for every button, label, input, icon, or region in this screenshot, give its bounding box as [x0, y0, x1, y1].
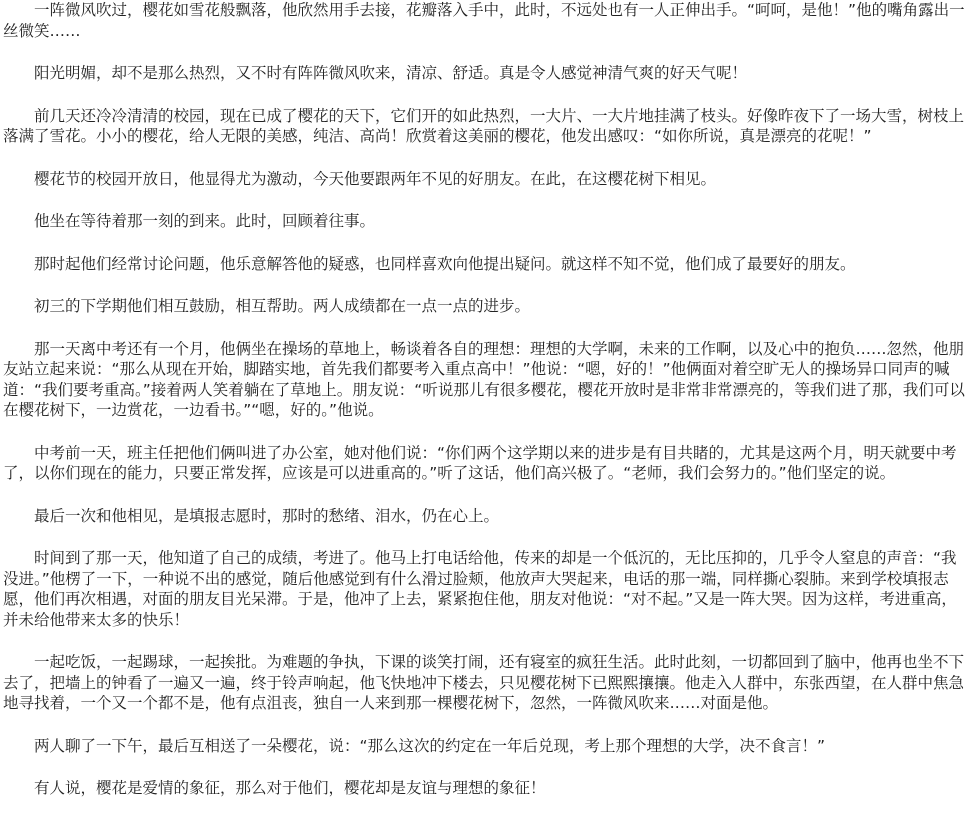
paragraph-spacer [3, 484, 965, 506]
paragraph-results: 时间到了那一天，他知道了自己的成绩，考进了。他马上打电话给他，传来的却是一个低沉… [3, 548, 965, 630]
paragraph-last-meeting: 最后一次和他相见，是填报志愿时，那时的愁绪、泪水，仍在心上。 [3, 506, 965, 527]
paragraph-campus: 前几天还冷冷清清的校园，现在已成了樱花的天下，它们开的如此热烈，一大片、一大片地… [3, 106, 965, 147]
paragraph-dreams: 那一天离中考还有一个月，他俩坐在操场的草地上，畅谈着各自的理想：理想的大学啊，未… [3, 339, 965, 421]
paragraph-spacer [3, 84, 965, 106]
paragraph-progress: 初三的下学期他们相互鼓励，相互帮助。两人成绩都在一点一点的进步。 [3, 296, 965, 317]
paragraph-memories: 一起吃饭，一起踢球，一起挨批。为难题的争执，下课的谈笑打闹，还有寝室的疯狂生活。… [3, 652, 965, 714]
paragraph-spacer [3, 317, 965, 339]
paragraph-waiting: 他坐在等待着那一刻的到来。此时，回顾着往事。 [3, 211, 965, 232]
paragraph-spacer [3, 147, 965, 169]
paragraph-spacer [3, 756, 965, 778]
paragraph-teacher: 中考前一天，班主任把他们俩叫进了办公室，她对他们说：“你们两个这学期以来的进步是… [3, 443, 965, 484]
paragraph-spacer [3, 421, 965, 443]
paragraph-closing: 有人说，樱花是爱情的象征，那么对于他们，樱花却是友谊与理想的象征！ [3, 778, 965, 799]
paragraph-spacer [3, 274, 965, 296]
paragraph-promise: 两人聊了一下午，最后互相送了一朵樱花，说：“那么这次的约定在一年后兑现，考上那个… [3, 736, 965, 757]
paragraph-spacer [3, 630, 965, 652]
paragraph-spacer [3, 41, 965, 63]
paragraph-weather: 阳光明媚，却不是那么热烈，又不时有阵阵微风吹来，清凉、舒适。真是令人感觉神清气爽… [3, 63, 965, 84]
paragraph-spacer [3, 714, 965, 736]
paragraph-friendship: 那时起他们经常讨论问题，他乐意解答他的疑惑，也同样喜欢向他提出疑问。就这样不知不… [3, 254, 965, 275]
paragraph-spacer [3, 189, 965, 211]
article-body: 一阵微风吹过，樱花如雪花般飘落，他欣然用手去接，花瓣落入手中，此时，不远处也有一… [0, 0, 969, 799]
paragraph-spacer [3, 232, 965, 254]
paragraph-festival: 樱花节的校园开放日，他显得尤为激动，今天他要跟两年不见的好朋友。在此，在这樱花树… [3, 169, 965, 190]
paragraph-spacer [3, 526, 965, 548]
paragraph-opening: 一阵微风吹过，樱花如雪花般飘落，他欣然用手去接，花瓣落入手中，此时，不远处也有一… [3, 0, 965, 41]
